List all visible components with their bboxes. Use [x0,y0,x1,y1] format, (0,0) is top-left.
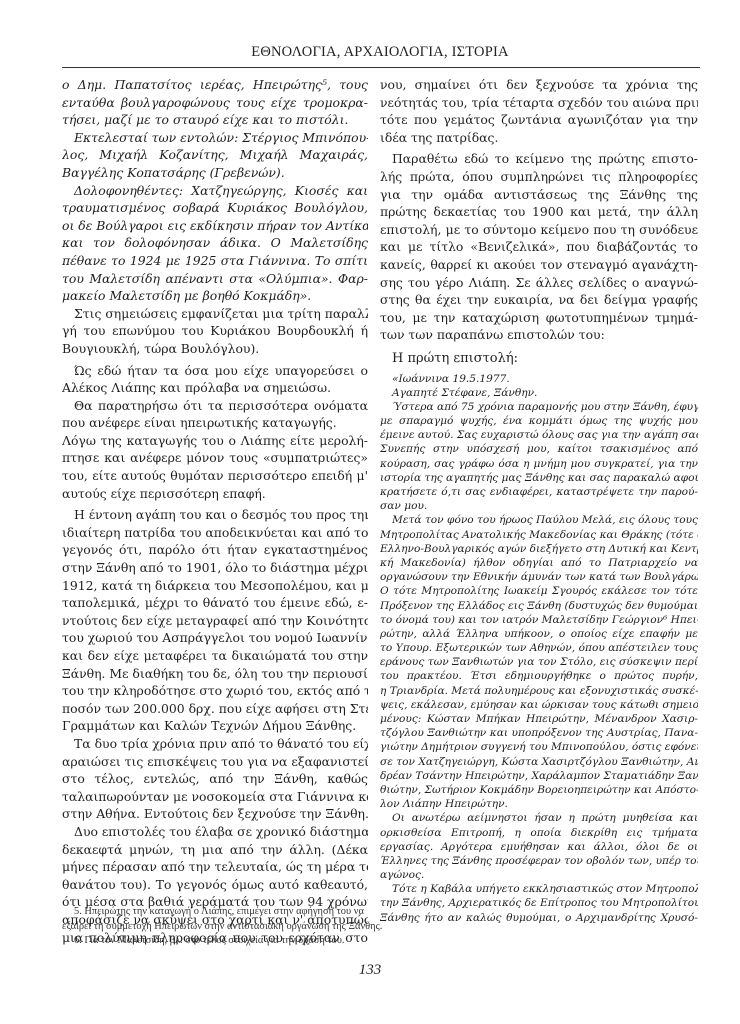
text-line: του χωριού του Ασπράγγελοι του νομού Ιωα… [62,629,368,647]
text-line: λής πρώτα, όπου συμπληρώνει τις πληροφορ… [380,168,698,186]
footnote-line: 6. Για τον Μαλετσίδη, βλ. στο τέλος στοι… [62,934,698,949]
text-line: ποσόν των 200.000 δρχ. που είχε αφήσει σ… [62,700,368,718]
letter-line: με σπαραγμό ψυχής, ένα κομμάτι όμως της … [380,414,698,428]
letter-line: Ελληνο-Βουλγαρικός αγών διεξήγετο στη Δυ… [380,542,698,556]
letter-line: Μητροπολίτας Ανατολικής Μακεδονίας και Θ… [380,528,698,542]
text-line: Ώς εδώ ήταν τα όσα μου είχε υπαγορεύσει … [62,362,368,380]
text-line: οι δε Βούλγαροι εις εκδίκησιν πήραν τον … [62,217,368,235]
letter-line: ρώτην, αλλά Έλληνα υπήκοον, ο οποίος είχ… [380,627,698,641]
letter-line: Πρόξενον της Ελλάδος εις Ξάνθη (δυστυχώς… [380,599,698,613]
letter-line: ιστορία της αγαπητής μας Ξάνθης και σας … [380,471,698,485]
text-line: νεότητάς του, τρία τέταρτα σχεδόν του αι… [380,94,698,112]
letter-line: Οι ανωτέρω αείμνηστοι ήσαν η πρώτη μυηθε… [380,811,698,825]
letter-line: το Υπουρ. Εξωτερικών των Αθηνών, όπου απ… [380,641,698,655]
text-line: στην Ξάνθη από το 1901, όλο το διάστημα … [62,559,368,577]
text-line: γεγονός ότι, παρόλο ότι ήταν εγκαταστημέ… [62,541,368,559]
text-line: Δυο επιστολές του έλαβα σε χρονικό διάστ… [62,823,368,841]
footnote-line: 5. Ηπειρώτης την καταγωγή ο Λιάπης, επιμ… [62,905,698,920]
letter-line: Έλληνες της Ξάνθης προσέφεραν τον οβολόν… [380,854,698,868]
letter-line: «Ιωάννινα 19.5.1977. [380,372,698,386]
quoted-letter: «Ιωάννινα 19.5.1977. Αγαπητέ Στέφανε, Ξά… [380,372,698,925]
text-line: αυτούς είχε περισσότερη επαφή. [62,485,368,503]
text-line: Δολοφονηθέντες: Χατζηγεώργης, Κιοσές και [62,182,368,200]
text-line: Λόγω της καταγωγής του ο Λιάπης είτε μερ… [62,432,368,450]
text-line: Γραμμάτων και Καλών Τεχνών Δήμου Ξάνθης. [62,717,368,735]
letter-line: δρέαν Τσάντην Ηπειρώτην, Χαράλαμπον Σταμ… [380,769,698,783]
text-line: μήνες πέρασαν από την τελευταία, ώς τη μ… [62,858,368,876]
text-line: νου, σημαίνει ότι δεν ξεχνούσε τα χρόνια… [380,76,698,94]
text-line: Αλέκος Λιάπης και πρόλαβα να σημειώσω. [62,379,368,397]
text-line: ο Δημ. Παπατσίτος ιερέας, Ηπειρώτης⁵, το… [62,76,368,94]
letter-line: σε τον Χατζηγειώργη, Κώστα Χασιρτζόγλου … [380,755,698,769]
letter-line: οργανώσουν την Εθνικήν άμυνάν των κατά τ… [380,570,698,584]
text-line: δεκαεφτά μηνών, τη μια από την άλλη. (Δέ… [62,841,368,859]
text-line: ντούτοις δεν είχε μεταγραφεί από την Κοι… [62,612,368,630]
letter-line: έμεινε αυτού. Σας ευχαριστώ όλους σας γι… [380,428,698,442]
text-line: ιδέα της πατρίδας. [380,129,698,147]
letter-subheading: Η πρώτη επιστολή: [380,350,698,368]
text-line: τραυματισμένος σοβαρά Κυριάκος Βουλόγλου… [62,199,368,217]
running-header-title: ΕΘΝΟΛΟΓΙΑ, ΑΡΧΑΙΟΛΟΓΙΑ, ΙΣΤΟΡΙΑ [62,44,698,61]
letter-line: γιώτην Δημήτριον συγγενή του Μπινοπούλου… [380,740,698,754]
text-line: πέθανε το 1924 με 1925 στα Γιάννινα. Το … [62,252,368,270]
letter-line: εράνους των Ξανθιωτών για τον Στόλο, εις… [380,655,698,669]
text-line: ταπολεμικά, μέχρι το θάνατό του έμεινε ε… [62,594,368,612]
text-line: Τα δυο τρία χρόνια πριν από το θάνατό το… [62,735,368,753]
letter-line: Τότε η Καβάλα υπήγετο εκκλησιαστικώς στο… [380,882,698,896]
text-line: μακείο Μαλετσίδη με βοηθό Κοκμάδη». [62,287,368,305]
text-line: Στις σημειώσεις εμφανίζεται μια τρίτη πα… [62,305,368,323]
text-line: κανείς, θαρρεί κι ακούει τον στεναγμό αγ… [380,256,698,274]
text-line: 1912, κατά τη διάρκεια του Μεσοπολέμου, … [62,577,368,595]
letter-line: ψεις, εκάλεσαν, εμύησαν και ώρκισαν τους… [380,698,698,712]
text-line: γή του επωνύμου του Κυριάκου Βουρδουκλή … [62,322,368,340]
footnotes: 5. Ηπειρώτης την καταγωγή ο Λιάπης, επιμ… [62,905,698,949]
letter-line: ορκισθείσα Επιτροπή, η οποία διεκρίθη ει… [380,826,698,840]
text-line: ιδιαίτερη πατρίδα του αποδεικνύεται και … [62,524,368,542]
text-line: και τον δολοφόνησαν άδικα. Ο Μαλετσίδης [62,234,368,252]
letter-line: Ύστερα από 75 χρόνια παραμονής μου στην … [380,400,698,414]
text-line: για την ομάδα αντιστάσεως της Ξάνθης της [380,186,698,204]
letter-line: σαν μου. [380,499,698,513]
text-line: στην Αθήνα. Εντούτοις δεν ξεχνούσε την Ξ… [62,805,368,823]
letter-line: τζόγλου Ξανθιώτην και υποπρόξενον της Αυ… [380,726,698,740]
letter-line: θιώτην, Σωτήριον Κοκμάδην Βορειοηπειρώτη… [380,783,698,797]
letter-line: Συνεπής στην υπόσχεσή μου, καίτοι τσακισ… [380,442,698,456]
letter-line: Αγαπητέ Στέφανε, Ξάνθην. [380,386,698,400]
text-line: Η έντονη αγάπη του και ο δεσμός του προς… [62,506,368,524]
text-line: Εκτελεσταί των εντολών: Στέργιος Μπινόπο… [62,129,368,147]
letter-line: Ο τότε Μητροπολίτης Ιωακείμ Σγουρός εκάλ… [380,584,698,598]
text-line: των των παραπάνω επιστολών του: [380,326,698,344]
letter-line: κρατήσετε ό,τι σας ενδιαφέρει, καταστρέψ… [380,485,698,499]
letter-line: το όνομά του) και τον ιατρόν Μαλετσίδην … [380,613,698,627]
text-line: ενταύθα βουλγαροφώνους τους είχε τρομοκρ… [62,94,368,112]
text-line: πρώτης δεκαετίας του 1900 και μετά, την … [380,203,698,221]
text-line: του την κληροδότησε στο χωριό του, εκτός… [62,682,368,700]
letter-line: η Τριανδρία. Μετά πολυημέρους και εξονυχ… [380,684,698,698]
letter-line: κή Μακεδονία) ήλθον οδηγίαι από το Πατρι… [380,556,698,570]
letter-line: του πρακτέου. Έτσι εδημιουργήθηκε ο πρώτ… [380,669,698,683]
text-line: αραιώσει τις επισκέψεις του για να εξαφα… [62,753,368,771]
text-line: Παραθέτω εδώ το κείμενο της πρώτης επιστ… [380,150,698,168]
text-line: του Μαλετσίδη απέναντι στα «Ολύμπια». Φα… [62,270,368,288]
left-column: ο Δημ. Παπατσίτος ιερέας, Ηπειρώτης⁵, το… [62,76,368,946]
right-column: νου, σημαίνει ότι δεν ξεχνούσε τα χρόνια… [380,76,698,925]
text-line: Ξάνθη. Με διαθήκη του δε, όλη του την πε… [62,665,368,683]
header-rule [62,67,700,68]
letter-line: Μετά τον φόνο του ήρωος Παύλου Μελά, εις… [380,513,698,527]
text-line: Θα παρατηρήσω ότι τα περισσότερα ονόματα [62,397,368,415]
text-line: στο τέλος, εντελώς, από την Ξάνθη, καθώς [62,770,368,788]
text-line: στης θα έχει την ευκαιρία, να δει δείγμα… [380,291,698,309]
letter-line: λον Λιάπην Ηπειρώτην. [380,797,698,811]
text-line: τήσει, μαζί με το σταυρό είχε και το πισ… [62,111,368,129]
text-line: επιστολή, με το σύντομο κείμενο που τη σ… [380,221,698,239]
letter-line: αγώνος. [380,868,698,882]
text-line: Βαγγέλης Κοπατσάρης (Γρεβενών). [62,164,368,182]
text-line: και με τίτλο «Βενιζελικά», που διαβάζοντ… [380,238,698,256]
text-line: του, είτε αυτούς θυμόταν περισσότερο επε… [62,467,368,485]
text-line: σης του γέρο Λιάπη. Σε άλλες σελίδες ο α… [380,274,698,292]
text-line: και δεν είχε μεταφέρει τα δικαιώματά του… [62,647,368,665]
letter-line: κούραση, σας γράφω όσα η μνήμη μου συγκρ… [380,457,698,471]
footnote-line: εξαίρει τη συμμετοχή Ηπειρωτών στην αντι… [62,920,698,935]
text-line: του, με την καταχώριση φωτοτυπημένων τμη… [380,309,698,327]
text-line: Βουγιουκλή, τώρα Βουλόγλου). [62,340,368,358]
text-line: που ανέφερε είναι ηπειρωτικής καταγωγής. [62,414,368,432]
text-line: θανάτου του). Το γεγονός όμως αυτό καθεα… [62,876,368,894]
text-line: πτησε και ανέφερε μόνον τους «συμπατριώτ… [62,449,368,467]
letter-line: εργασίας. Αργότερα εμυήθησαν και άλλοι, … [380,840,698,854]
letter-line: μένους: Κώσταν Μπήκαν Ηπειρώτην, Μένανδρ… [380,712,698,726]
text-line: ταλαιπωρούνταν με νοσοκομεία στα Γιάννιν… [62,788,368,806]
text-line: τότε που γεμάτος ζωντάνια αγωνιζόταν για… [380,111,698,129]
page-number: 133 [0,962,740,979]
text-line: λος, Μιχαήλ Κοζανίτης, Μιχαήλ Μαχαιράς, [62,146,368,164]
